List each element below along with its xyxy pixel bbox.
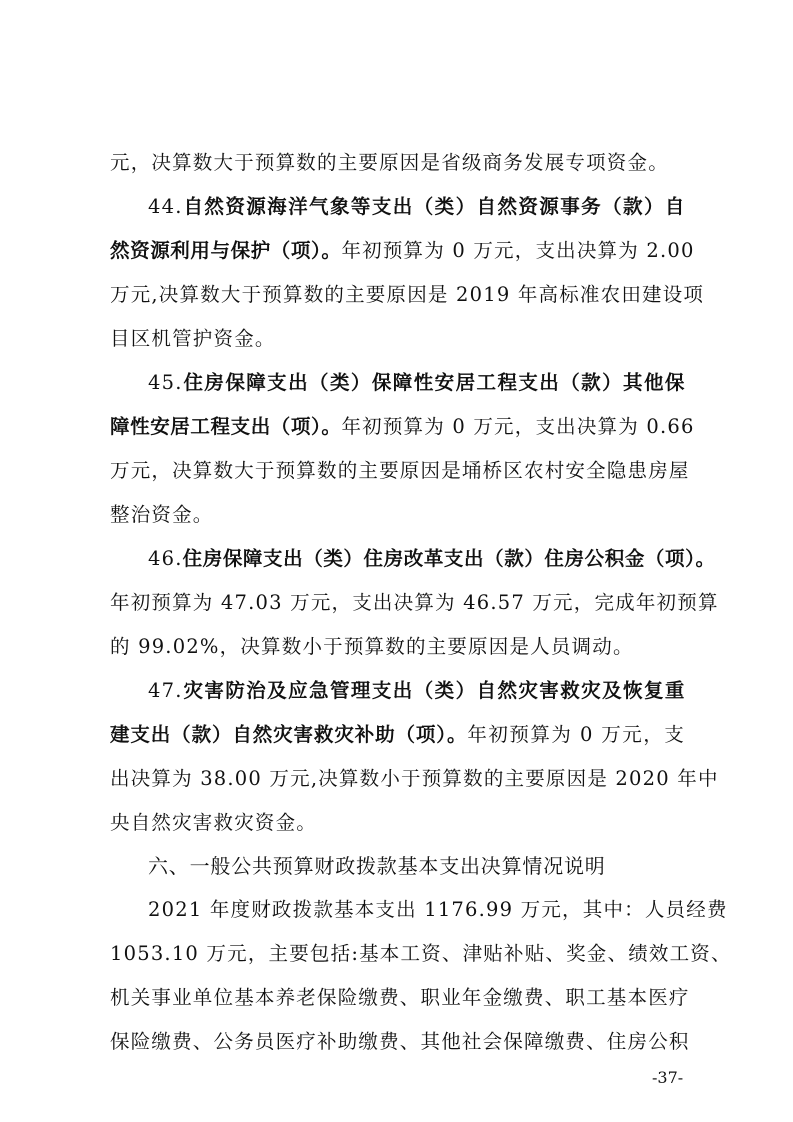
page-number: -37-	[652, 1068, 683, 1087]
section-line2: 1053.10 万元，主要包括:基本工资、津贴补贴、奖金、绩效工资、	[110, 941, 685, 967]
item-number: 44.	[148, 195, 183, 218]
item-44-line4: 目区机管护资金。	[110, 326, 685, 352]
item-45-line4: 整治资金。	[110, 502, 685, 528]
continuation-text: 元，决算数大于预算数的主要原因是省级商务发展专项资金。	[110, 150, 685, 176]
item-46-line3: 的 99.02%，决算数小于预算数的主要原因是人员调动。	[110, 634, 685, 660]
item-body: 年初预算为 0 万元，支	[467, 723, 685, 746]
item-46-line1: 46.住房保障支出（类）住房改革支出（款）住房公积金（项）。	[148, 546, 685, 572]
item-title: 住房保障支出（类）住房改革支出（款）住房公积金（项）。	[183, 547, 716, 570]
item-47-line3: 出决算为 38.00 万元,决算数小于预算数的主要原因是 2020 年中	[110, 766, 685, 792]
item-number: 47.	[148, 679, 183, 702]
item-46-line2: 年初预算为 47.03 万元，支出决算为 46.57 万元，完成年初预算	[110, 590, 685, 616]
item-47-line4: 央自然灾害救灾资金。	[110, 810, 685, 836]
item-body: 年初预算为 0 万元，支出决算为 2.00	[341, 239, 694, 262]
section-heading: 六、一般公共预算财政拨款基本支出决算情况说明	[148, 853, 606, 879]
section-line3: 机关事业单位基本养老保险缴费、职业年金缴费、职工基本医疗	[110, 985, 685, 1011]
item-44-line3: 万元,决算数大于预算数的主要原因是 2019 年高标准农田建设项	[110, 282, 685, 308]
item-45-line2: 障性安居工程支出（项）。年初预算为 0 万元，支出决算为 0.66	[110, 414, 685, 440]
item-44-line1: 44.自然资源海洋气象等支出（类）自然资源事务（款）自	[148, 194, 685, 220]
section-line4: 保险缴费、公务员医疗补助缴费、其他社会保障缴费、住房公积	[110, 1029, 685, 1055]
item-title: 住房保障支出（类）保障性安居工程支出（款）其他保	[183, 371, 685, 394]
item-45-line3: 万元，决算数大于预算数的主要原因是埇桥区农村安全隐患房屋	[110, 458, 685, 484]
item-title: 障性安居工程支出（项）。	[110, 415, 341, 438]
item-44-line2: 然资源利用与保护（项）。年初预算为 0 万元，支出决算为 2.00	[110, 238, 685, 264]
item-body: 年初预算为 0 万元，支出决算为 0.66	[341, 415, 694, 438]
item-45-line1: 45.住房保障支出（类）保障性安居工程支出（款）其他保	[148, 370, 685, 396]
item-number: 45.	[148, 371, 183, 394]
section-line1: 2021 年度财政拨款基本支出 1176.99 万元，其中：人员经费	[148, 897, 685, 923]
item-title: 建支出（款）自然灾害救灾补助（项）。	[110, 723, 467, 746]
item-47-line2: 建支出（款）自然灾害救灾补助（项）。年初预算为 0 万元，支	[110, 722, 685, 748]
item-title: 然资源利用与保护（项）。	[110, 239, 341, 262]
item-47-line1: 47.灾害防治及应急管理支出（类）自然灾害救灾及恢复重	[148, 678, 685, 704]
item-number: 46.	[148, 547, 183, 570]
item-title: 灾害防治及应急管理支出（类）自然灾害救灾及恢复重	[183, 679, 685, 702]
item-title: 自然资源海洋气象等支出（类）自然资源事务（款）自	[183, 195, 685, 218]
